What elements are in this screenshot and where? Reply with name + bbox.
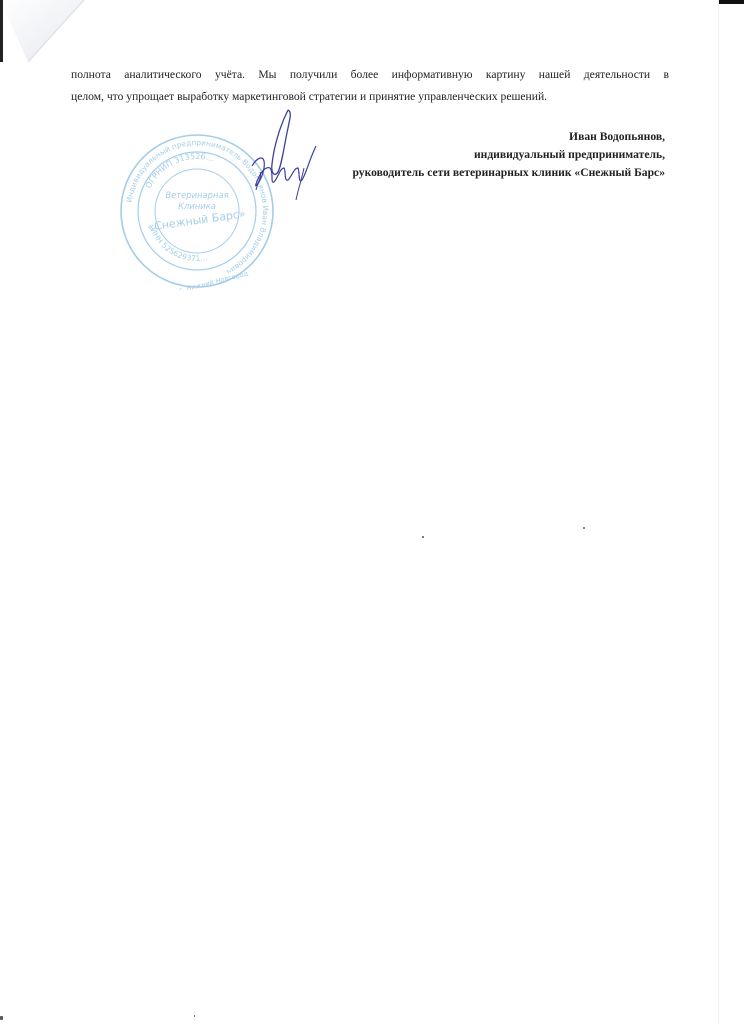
stamp-center-line-1: Ветеринарная	[165, 190, 228, 200]
scan-speck	[422, 536, 424, 538]
stamp-center-line-2: Клиника	[178, 201, 216, 211]
signatory-block: Иван Водопьянов, индивидуальный предприн…	[353, 128, 666, 182]
signatory-position: руководитель сети ветеринарных клиник «С…	[353, 164, 666, 182]
stamp-city: г. Нижний Новгород	[178, 269, 249, 290]
handwritten-signature	[244, 106, 320, 202]
scan-speck	[583, 527, 585, 529]
closing-paragraph: полнота аналитического учёта. Мы получил…	[71, 64, 669, 108]
paragraph-line-2: целом, что упрощает выработку маркетинго…	[71, 86, 669, 108]
signatory-title: индивидуальный предприниматель,	[353, 146, 666, 164]
signatory-name: Иван Водопьянов,	[353, 128, 666, 146]
scan-edge-top	[718, 0, 744, 4]
paragraph-line-1: полнота аналитического учёта. Мы получил…	[71, 64, 669, 86]
folded-corner	[0, 0, 84, 62]
scan-speck	[194, 1015, 195, 1017]
scan-speck	[0, 1016, 3, 1020]
scan-edge-right	[718, 0, 719, 1024]
stamp-center-line-3: «Снежный Барс»	[147, 207, 247, 234]
